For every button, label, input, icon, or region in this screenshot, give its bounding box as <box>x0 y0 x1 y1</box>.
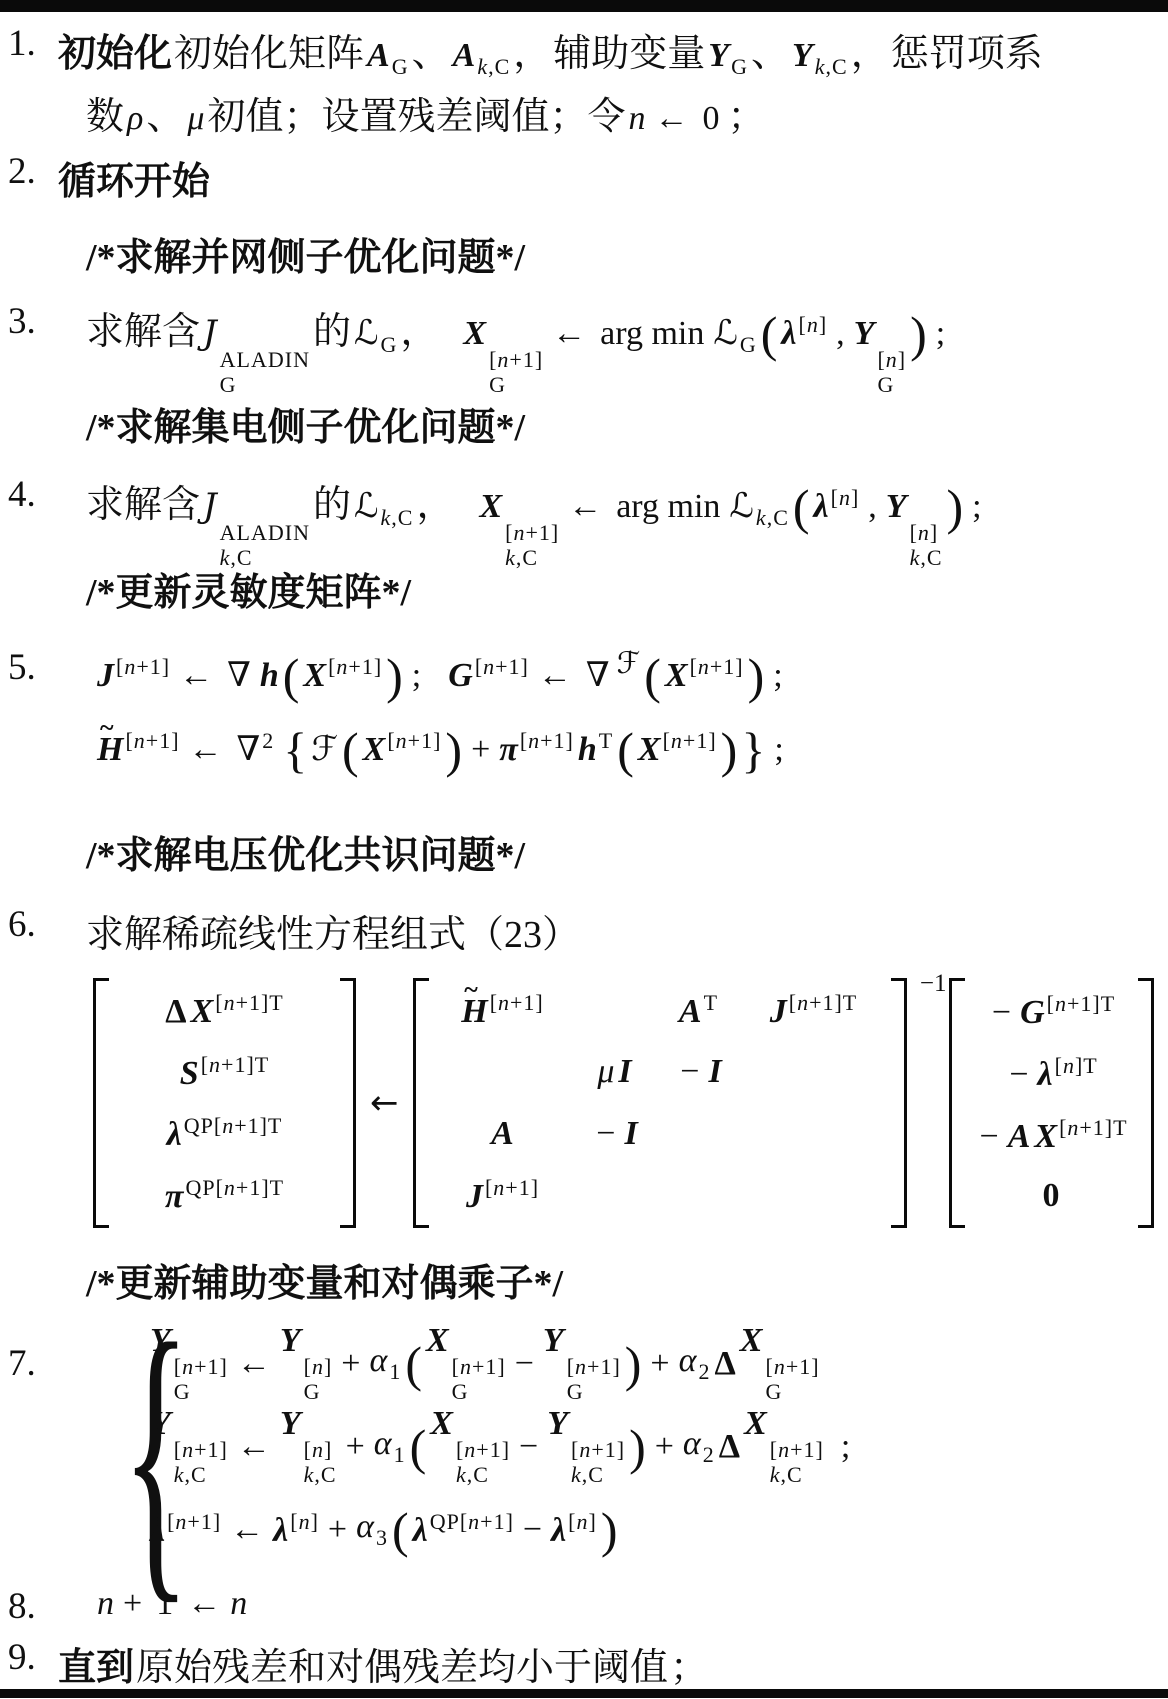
glyph: + <box>655 1428 674 1465</box>
glyph: I <box>624 1115 637 1152</box>
glyph: , <box>868 488 877 525</box>
subscript: k,C <box>456 1463 489 1488</box>
math-token: n <box>97 1585 114 1623</box>
glyph: ) <box>910 306 927 362</box>
subscript: G <box>392 54 409 79</box>
glyph: 、 <box>751 33 789 75</box>
inverse-exponent: −1 <box>920 970 947 998</box>
math-token: I <box>624 1115 637 1153</box>
superscript: [n]T <box>1055 1053 1098 1078</box>
matrix-entry: −I <box>673 1053 723 1091</box>
glyph: X <box>426 1322 449 1359</box>
glyph: ← <box>189 731 223 768</box>
line-content: 直到原始残差和对偶残差均小于阈值； <box>57 1636 709 1691</box>
math-token: ℒG <box>354 313 397 358</box>
matrix-grid: ~H[n+1]ATJ[n+1]TμI−IA−IJ[n+1] <box>429 978 891 1228</box>
superscript: [n+1] <box>489 348 543 373</box>
text-run: /*求解电压优化共识问题*/ <box>86 824 525 879</box>
math-token: ; <box>412 657 421 695</box>
glyph: 原始残差和对偶残差均小于阈值 <box>136 1647 668 1689</box>
line-content: 求解含JALADING的ℒG，X[n+1]G←arg minℒG(λ[n],Y[… <box>85 300 952 397</box>
superscript: [n+1]T <box>201 1052 270 1077</box>
glyph: ( <box>342 722 359 778</box>
glyph: X <box>479 488 502 525</box>
math-token: ( <box>410 1418 427 1476</box>
superscript: [n] <box>877 348 906 373</box>
glyph: ← <box>568 488 602 525</box>
script-stack: [n+1]G <box>489 348 543 397</box>
matrix-entry: ~H[n+1] <box>459 990 546 1031</box>
math-token: arg min <box>600 315 704 353</box>
math-token: J[n+1] <box>466 1175 539 1216</box>
superscript: [n+1] <box>490 990 544 1015</box>
glyph: ← <box>552 315 586 352</box>
matrix-entry: J[n+1] <box>464 1175 541 1216</box>
math-token: πQP[n+1]T <box>165 1175 284 1216</box>
glyph: λ <box>1038 1056 1053 1093</box>
glyph: Δ <box>719 1428 740 1465</box>
glyph: λ <box>781 315 796 352</box>
matrix-entry: A <box>489 1115 516 1153</box>
math-token: ℱ <box>617 646 641 681</box>
glyph: A <box>453 37 476 74</box>
glyph: + <box>650 1345 669 1382</box>
superscript: [n+1] <box>456 1438 510 1463</box>
superscript: T <box>704 990 718 1015</box>
glyph: Δ <box>714 1345 735 1382</box>
math-token: Δ <box>165 993 186 1031</box>
step-number: 1. <box>8 22 36 65</box>
math-token: X[n+1]k,C <box>744 1405 824 1487</box>
math-token: + <box>650 1345 669 1383</box>
glyph: X <box>463 315 486 352</box>
math-token: λ[n] <box>551 1509 597 1550</box>
math-token: X[n+1]G <box>426 1322 506 1404</box>
math-token: ℒG <box>713 313 756 358</box>
glyph: ( <box>617 722 634 778</box>
math-token: YG <box>708 37 748 80</box>
glyph: G <box>448 657 473 694</box>
math-token: h <box>260 657 279 695</box>
text-run: ， <box>400 300 438 355</box>
math-token: ℒk,C <box>354 486 413 531</box>
glyph: J <box>466 1178 483 1215</box>
math-token: λ[n] <box>781 312 827 353</box>
glyph: 辅助变量 <box>553 33 705 75</box>
math-token: G[n+1]T <box>1020 991 1115 1032</box>
math-token: 0 <box>1043 1177 1060 1215</box>
kkt-linear-system: ΔX[n+1]TS[n+1]TλQP[n+1]TπQP[n+1]T←~H[n+1… <box>93 978 1168 1228</box>
glyph: /*求解并网侧子优化问题*/ <box>86 237 525 279</box>
glyph: π <box>165 1178 184 1215</box>
superscript: [n+1] <box>663 728 717 753</box>
text-run: 的 <box>313 473 351 528</box>
glyph: 求解稀疏线性方程组式（23） <box>86 914 580 956</box>
glyph: ℒ <box>354 486 379 526</box>
math-token: Y[n]G <box>854 315 906 397</box>
glyph: ( <box>392 1502 409 1558</box>
math-token: ) <box>625 1335 642 1393</box>
subscript: 3 <box>376 1525 388 1550</box>
cases-lines: Y[n+1]G←Y[n]G+α1(X[n+1]G−Y[n+1]G)+α2ΔX[n… <box>148 1322 857 1571</box>
right-bracket <box>891 978 907 1228</box>
math-token: ; <box>774 731 783 769</box>
math-token: AG <box>367 37 409 80</box>
script-stack: [n+1]k,C <box>174 1438 228 1487</box>
math-token: − <box>680 1053 699 1091</box>
math-token: ) <box>910 305 927 363</box>
superscript: [n+1] <box>571 1438 625 1463</box>
glyph: J <box>203 313 217 353</box>
glyph: − <box>1009 1056 1028 1093</box>
glyph: ) <box>748 648 765 704</box>
glyph: Y <box>547 1405 568 1442</box>
math-token: ; <box>936 315 945 353</box>
math-token: − <box>980 1118 999 1156</box>
math-token: ← <box>654 100 688 138</box>
math-token: + <box>346 1428 365 1466</box>
top-rule <box>0 0 1168 12</box>
glyph: Y <box>854 315 875 352</box>
glyph: ) <box>721 722 738 778</box>
glyph: ℒ <box>713 313 738 353</box>
script-stack: [n+1]G <box>174 1355 228 1404</box>
tilde-accent: ~ <box>464 975 478 1005</box>
text-run: /*求解集电侧子优化问题*/ <box>86 396 525 451</box>
superscript: [n] <box>799 312 828 337</box>
math-token: + <box>328 1511 347 1549</box>
math-token: X[n+1] <box>638 728 717 769</box>
math-token: Yk,C <box>792 37 848 80</box>
math-token: ← <box>179 657 213 695</box>
glyph: ) <box>445 722 462 778</box>
glyph: X <box>1034 1118 1057 1155</box>
math-token: ) <box>601 1501 618 1559</box>
glyph: ； <box>670 1647 708 1689</box>
glyph: ( <box>283 648 300 704</box>
math-token: Y[n+1]G <box>150 1322 228 1404</box>
line-content: 求解含JALADINk,C的ℒk,C，X[n+1]k,C←arg minℒk,C… <box>85 473 989 570</box>
script-stack: [n+1]k,C <box>770 1438 824 1487</box>
math-token: Y[n+1]k,C <box>150 1405 228 1487</box>
text-run: 初值；设置残差阈值；令 <box>207 85 625 140</box>
superscript: [n+1]T <box>215 990 284 1015</box>
math-token: ( <box>617 721 634 779</box>
math-token: ← <box>237 1345 271 1383</box>
subscript: k,C <box>477 54 510 79</box>
glyph: ; <box>936 315 945 352</box>
superscript: [n+1]T <box>789 990 858 1015</box>
script-stack: [n+1]k,C <box>456 1438 510 1487</box>
script-stack: ALADING <box>220 348 310 397</box>
glyph: ( <box>644 648 661 704</box>
glyph: + <box>346 1428 365 1465</box>
math-token: AT <box>679 990 718 1031</box>
superscript: [n+1] <box>452 1355 506 1380</box>
math-token: Y[n]G <box>280 1322 332 1404</box>
math-token: arg min <box>616 488 720 526</box>
script-stack: [n]G <box>304 1355 333 1404</box>
subscript: G <box>174 1380 191 1405</box>
math-token: ρ <box>127 100 143 138</box>
glyph: X <box>303 657 326 694</box>
text-run: ； <box>670 1636 708 1691</box>
assign-arrow: ← <box>370 1083 399 1123</box>
math-token: π[n+1] <box>499 728 574 769</box>
glyph: Y <box>280 1405 301 1442</box>
glyph: − <box>980 1118 999 1155</box>
glyph: ℒ <box>729 486 754 526</box>
glyph: 0 <box>1043 1177 1060 1214</box>
math-token: − <box>596 1115 615 1153</box>
right-bracket <box>1138 978 1154 1228</box>
math-token: μ <box>597 1053 614 1091</box>
math-token: ( <box>342 721 359 779</box>
math-token: ℱ <box>311 729 338 769</box>
glyph: X <box>744 1405 767 1442</box>
math-token: ( <box>793 478 810 536</box>
math-token: J[n+1]T <box>770 990 858 1031</box>
glyph: /*求解集电侧子优化问题*/ <box>86 407 525 449</box>
glyph: X <box>191 993 214 1030</box>
glyph: μ <box>187 100 204 137</box>
text-run: 直到 <box>58 1636 134 1691</box>
glyph: + <box>471 731 490 768</box>
glyph: + <box>341 1345 360 1382</box>
script-stack: [n+1]G <box>567 1355 621 1404</box>
math-token: JALADING <box>203 313 310 397</box>
math-token: ← <box>189 731 223 769</box>
subscript: k,C <box>174 1463 207 1488</box>
text-run: 循环开始 <box>58 150 210 205</box>
superscript: [n+1] <box>475 654 529 679</box>
math-token: ∇2 <box>237 728 275 769</box>
cases-line-2: Y[n+1]k,C←Y[n]k,C+α1(X[n+1]k,C−Y[n+1]k,C… <box>148 1405 857 1488</box>
math-token: ← <box>230 1511 264 1549</box>
math-token: A <box>1008 1118 1031 1156</box>
glyph: λ <box>150 1512 165 1549</box>
glyph: 的 <box>313 484 351 526</box>
superscript: [n] <box>290 1509 319 1534</box>
glyph: λ <box>273 1512 288 1549</box>
subscript: k,C <box>571 1463 604 1488</box>
math-token: − <box>515 1345 534 1383</box>
math-token: α2 <box>683 1425 715 1468</box>
vector-entry: λQP[n+1]T <box>165 1113 285 1154</box>
glyph: Y <box>150 1405 171 1442</box>
glyph: , <box>836 315 845 352</box>
glyph: X <box>363 731 386 768</box>
superscript: [n] <box>910 521 939 546</box>
math-token: ~H[n+1] <box>97 728 180 769</box>
subscript: G <box>220 373 237 398</box>
right-bracket <box>340 978 356 1228</box>
glyph: − <box>515 1345 534 1382</box>
script-stack: [n]k,C <box>304 1438 337 1487</box>
math-token: 0 <box>702 100 719 138</box>
glyph: ) <box>386 648 403 704</box>
glyph: ) <box>947 479 964 535</box>
math-token: α2 <box>679 1342 711 1385</box>
glyph: ← <box>237 1345 271 1382</box>
subscript: k,C <box>505 546 538 571</box>
glyph: 直到 <box>58 1647 134 1689</box>
glyph: A <box>1008 1118 1031 1155</box>
math-token: JALADINk,C <box>203 486 310 570</box>
glyph: α <box>683 1425 701 1462</box>
glyph: + <box>328 1511 347 1548</box>
cases-line-1: Y[n+1]G←Y[n]G+α1(X[n+1]G−Y[n+1]G)+α2ΔX[n… <box>148 1322 857 1405</box>
glyph: X <box>665 657 688 694</box>
glyph: n <box>628 100 645 137</box>
glyph: α <box>374 1425 392 1462</box>
matrix-entry: μI <box>595 1053 633 1091</box>
subscript: G <box>452 1380 469 1405</box>
glyph: 初始化 <box>58 33 172 75</box>
math-token: ) <box>947 478 964 536</box>
superscript: [n+1] <box>690 654 744 679</box>
subscript: 2 <box>703 1442 715 1467</box>
math-token: ) <box>748 647 765 705</box>
math-token: ← <box>552 315 586 353</box>
text-run: 求解含 <box>86 300 200 355</box>
glyph: 、 <box>412 33 450 75</box>
left-bracket <box>949 978 965 1228</box>
math-token: λ[n]T <box>1038 1053 1098 1094</box>
math-token: Y[n]k,C <box>280 1405 337 1487</box>
math-token: X[n+1]G <box>463 315 543 397</box>
line-content: /*求解集电侧子优化问题*/ <box>85 396 526 451</box>
left-bracket <box>93 978 109 1228</box>
glyph: Y <box>886 488 907 525</box>
glyph: G <box>1020 994 1045 1031</box>
math-token: ∇ <box>586 655 610 695</box>
subscript: G <box>731 54 748 79</box>
glyph: ( <box>405 1336 422 1392</box>
glyph: 、 <box>146 96 184 138</box>
superscript: [n+1] <box>567 1355 621 1380</box>
glyph: /*更新灵敏度矩阵*/ <box>86 572 411 614</box>
matrix-entry: −I <box>589 1115 639 1153</box>
math-token: λQP[n+1]T <box>167 1113 283 1154</box>
glyph: ← <box>230 1511 264 1548</box>
glyph: arg min <box>600 315 704 352</box>
glyph: I <box>618 1053 631 1090</box>
math-token: ( <box>283 647 300 705</box>
glyph: − <box>596 1115 615 1152</box>
line-content: ~H[n+1]←∇2{ℱ(X[n+1])+π[n+1]hT(X[n+1])}; <box>95 721 791 779</box>
left-bracket <box>413 978 429 1228</box>
superscript: [n] <box>568 1509 597 1534</box>
glyph: Y <box>280 1322 301 1359</box>
glyph: J <box>770 993 787 1030</box>
math-token: ( <box>644 647 661 705</box>
superscript: QP[n+1] <box>430 1509 514 1534</box>
subscript: k,C <box>381 505 414 530</box>
glyph: { <box>283 722 307 778</box>
glyph: ; <box>841 1428 850 1465</box>
math-token: ← <box>568 488 602 526</box>
glyph: X <box>430 1405 453 1442</box>
math-token: Y[n+1]k,C <box>547 1405 625 1487</box>
text-run: 初始化 <box>58 22 172 77</box>
math-token: ) <box>629 1418 646 1476</box>
superscript: T <box>599 728 613 753</box>
superscript: [n+1]T <box>1047 991 1116 1016</box>
step-number: 7. <box>8 1342 36 1385</box>
math-token: { <box>283 721 307 779</box>
glyph: ， <box>851 33 889 75</box>
line-content: 循环开始 <box>57 150 211 205</box>
vector-column: −G[n+1]T−λ[n]T−AX[n+1]T0 <box>965 978 1138 1228</box>
text-run: 辅助变量 <box>553 22 705 77</box>
math-token: J[n+1] <box>97 654 170 695</box>
glyph: S <box>180 1055 199 1092</box>
superscript: [n+1] <box>520 728 574 753</box>
subscript: k,C <box>304 1463 337 1488</box>
glyph: X <box>638 731 661 768</box>
glyph: X <box>740 1322 763 1359</box>
step-number: 5. <box>8 646 36 689</box>
glyph: ， <box>416 484 454 526</box>
vector-entry: −λ[n]T <box>1002 1053 1099 1094</box>
vector-entry: 0 <box>1041 1177 1062 1215</box>
glyph: h <box>578 731 597 768</box>
superscript: [n+1] <box>174 1438 228 1463</box>
glyph: ∇ <box>227 657 251 694</box>
step-number: 8. <box>8 1585 36 1628</box>
subscript: G <box>877 373 894 398</box>
glyph: A <box>367 37 390 74</box>
superscript: [n+1] <box>770 1438 824 1463</box>
math-token: − <box>1009 1056 1028 1094</box>
glyph: A <box>491 1115 514 1152</box>
vector-entry: S[n+1]T <box>178 1052 271 1093</box>
math-token: Δ <box>719 1428 740 1466</box>
superscript: [n+1] <box>485 1175 539 1200</box>
glyph: ; <box>773 657 782 694</box>
glyph: ) <box>625 1336 642 1392</box>
step-number: 2. <box>8 150 36 193</box>
cases-line-3: λ[n+1]←λ[n]+α3(λQP[n+1]−λ[n]) <box>148 1488 857 1571</box>
math-token: I <box>618 1053 631 1091</box>
math-token: ℒk,C <box>729 486 788 531</box>
vector-entry: −G[n+1]T <box>985 991 1117 1032</box>
glyph: Y <box>792 37 813 74</box>
glyph: 初始化矩阵 <box>174 33 364 75</box>
math-token: ← <box>237 1428 271 1466</box>
script-stack: [n+1]G <box>765 1355 819 1404</box>
script-stack: [n]G <box>877 348 906 397</box>
script-stack: [n]k,C <box>910 521 943 570</box>
math-token: X[n+1]G <box>740 1322 820 1404</box>
step-number: 6. <box>8 903 36 946</box>
glyph: λ <box>814 488 829 525</box>
glyph: ← <box>538 657 572 694</box>
superscript: QP[n+1]T <box>185 1175 284 1200</box>
math-token: S[n+1]T <box>180 1052 269 1093</box>
glyph: ， <box>513 33 551 75</box>
subscript: k,C <box>770 1463 803 1488</box>
superscript: [n+1] <box>174 1355 228 1380</box>
math-token: A <box>491 1115 514 1153</box>
glyph: Y <box>150 1322 171 1359</box>
math-token: X[n+1]k,C <box>479 488 559 570</box>
math-token: ( <box>405 1335 422 1393</box>
math-token: λ[n+1] <box>150 1509 221 1550</box>
math-token: ; <box>841 1428 850 1466</box>
glyph: 的 <box>313 311 351 353</box>
